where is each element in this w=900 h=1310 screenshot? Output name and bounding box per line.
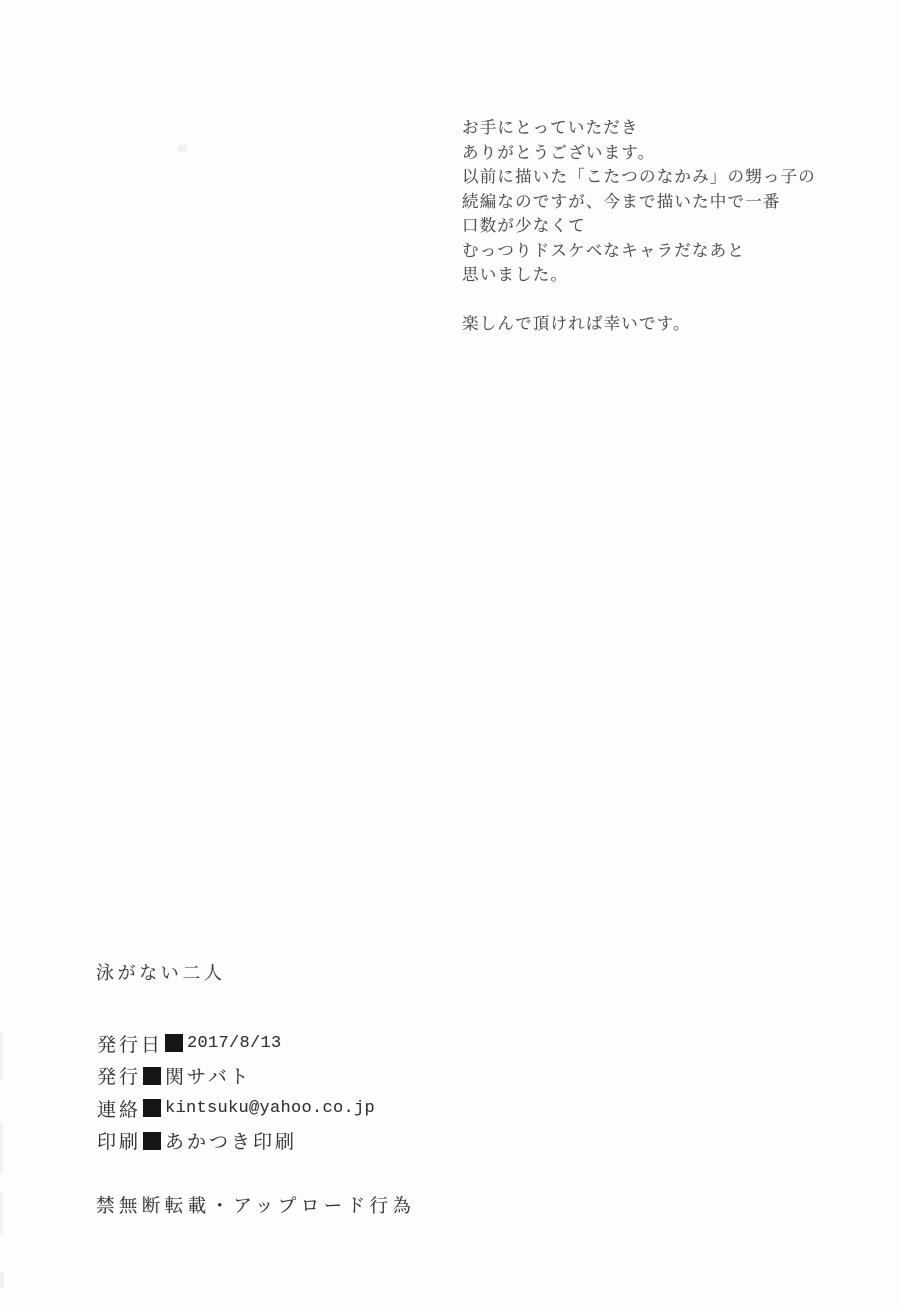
afterword-line: ありがとうございます。 [462, 141, 816, 166]
colophon-entry-contact: 連絡 kintsuku@yahoo.co.jp [97, 1092, 375, 1125]
black-square-marker-icon [165, 1034, 183, 1052]
afterword-closing-line: 楽しんで頂ければ幸いです。 [462, 312, 816, 337]
black-square-marker-icon [143, 1132, 161, 1150]
scanned-page: お手にとっていただき ありがとうございます。 以前に描いた「こたつのなかみ」の甥… [0, 0, 900, 1310]
afterword-line: 以前に描いた「こたつのなかみ」の甥っ子の [462, 165, 816, 190]
afterword-line: お手にとっていただき [462, 116, 816, 141]
afterword-line: むっつりドスケベなキャラだなあと [462, 239, 816, 264]
scan-artifact [0, 1032, 3, 1080]
entry-label: 発行日 [97, 1030, 163, 1057]
afterword-line: 思いました。 [462, 263, 816, 288]
colophon-entry-publication-date: 発行日 2017/8/13 [97, 1027, 375, 1060]
entry-label: 印刷 [97, 1127, 141, 1154]
scan-artifact [0, 1122, 3, 1174]
black-square-marker-icon [143, 1099, 161, 1117]
afterword-line: 続編なのですが、今まで描いた中で一番 [462, 190, 816, 215]
entry-label: 連絡 [97, 1095, 141, 1122]
black-square-marker-icon [143, 1067, 161, 1085]
afterword-blank-line [462, 288, 816, 313]
afterword-text-block: お手にとっていただき ありがとうございます。 以前に描いた「こたつのなかみ」の甥… [462, 116, 816, 337]
scan-artifact [0, 1192, 3, 1234]
doujin-title: 泳がない二人 [96, 959, 226, 985]
entry-label: 発行 [97, 1062, 141, 1089]
reprint-prohibition-notice: 禁無断転載・アップロード行為 [96, 1192, 415, 1218]
colophon-entries: 発行日 2017/8/13 発行 関サバト 連絡 kintsuku@yahoo.… [97, 1027, 375, 1157]
afterword-line: 口数が少なくて [462, 214, 816, 239]
colophon-entry-publisher: 発行 関サバト [97, 1060, 375, 1093]
scan-artifact [0, 1272, 4, 1288]
entry-value: 2017/8/13 [187, 1033, 282, 1053]
colophon-entry-printer: 印刷 あかつき印刷 [97, 1125, 375, 1158]
entry-value: 関サバト [165, 1062, 251, 1089]
scan-artifact [178, 145, 187, 152]
entry-value: あかつき印刷 [165, 1127, 297, 1154]
entry-value contact-email: kintsuku@yahoo.co.jp [165, 1098, 375, 1118]
